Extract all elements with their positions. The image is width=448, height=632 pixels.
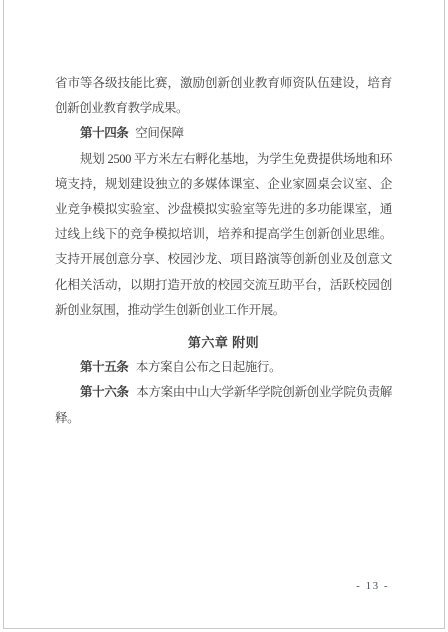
article-15-body: 本方案自公布之日起施行。 <box>136 360 281 374</box>
document-page: 省市等各级技能比赛，激励创新创业教育师资队伍建设，培育创新创业教育教学成果。 第… <box>3 0 445 629</box>
article-15-label: 第十五条 <box>80 360 128 374</box>
article-16: 第十六条本方案由中山大学新华学院创新创业学院负责解释。 <box>55 380 392 430</box>
document-content: 省市等各级技能比赛，激励创新创业教育师资队伍建设，培育创新创业教育教学成果。 第… <box>55 71 392 431</box>
article-14-body: 规划 2500 平方米左右孵化基地，为学生免费提供场地和环境支持，规划建设独立的… <box>55 147 392 323</box>
article-14-heading: 第十四条空间保障 <box>55 121 392 146</box>
chapter-6-heading: 第六章 附则 <box>55 330 392 355</box>
continuation-paragraph: 省市等各级技能比赛，激励创新创业教育师资队伍建设，培育创新创业教育教学成果。 <box>55 71 392 121</box>
article-14-label: 第十四条 <box>80 126 128 140</box>
article-16-label: 第十六条 <box>80 385 129 399</box>
article-14-title: 空间保障 <box>135 126 183 140</box>
article-15: 第十五条本方案自公布之日起施行。 <box>55 355 392 380</box>
page-number: - 13 - <box>356 580 389 592</box>
